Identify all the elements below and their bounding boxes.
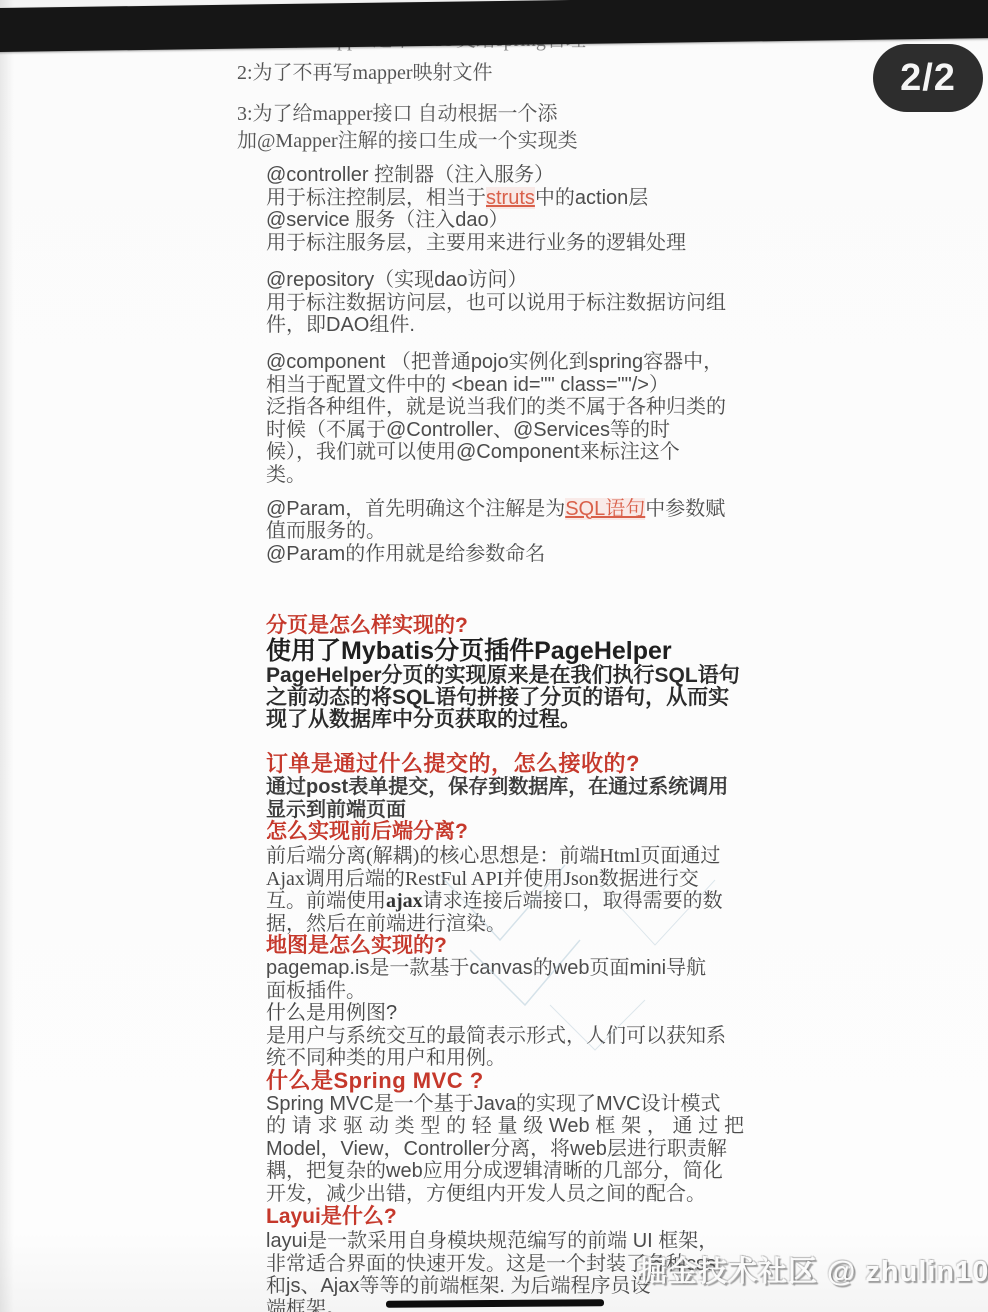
annotation-line: @component （把普通pojo实例化到spring容器中， [266, 351, 744, 374]
line-text: 中的action层 [535, 187, 648, 209]
order-section: 订单是通过什么提交的，怎么接收的? 通过post表单提交，保存到数据库，在通过系… [266, 753, 744, 821]
struts-link[interactable]: struts [486, 187, 535, 209]
annotation-line: 时候（不属于@Controller、@Services等的时 [266, 419, 744, 442]
annotation-line: @Param的作用就是给参数命名 [266, 543, 744, 566]
annotation-line: 候），我们就可以使用@Component来标注这个 [266, 441, 744, 464]
question-heading-separation: 怎么实现前后端分离? [266, 821, 744, 843]
annotation-line: 用于标注服务层，主要用来进行业务的逻辑处理 [266, 232, 744, 255]
note-line: 3:为了给mapper接口 自动根据一个添 [237, 101, 744, 128]
answer-line: PageHelper分页的实现原来是在我们执行SQL语句 [266, 665, 744, 687]
answer-line: Spring MVC是一个基于Java的实现了MVC设计模式 [266, 1093, 744, 1116]
annotation-line: @Param，首先明确这个注解是为SQL语句中参数赋 [266, 498, 744, 521]
annotation-line: 用于标注数据访问层，也可以说用于标注数据访问组 [266, 292, 744, 315]
pagination-section: 分页是怎么样实现的? 使用了Mybatis分页插件PageHelper Page… [266, 615, 744, 731]
page-indicator-badge: 2/2 [873, 44, 983, 112]
answer-line: 显示到前端页面 [266, 799, 744, 822]
question-heading-springmvc: 什么是Spring MVC ? [266, 1070, 744, 1092]
note-line: 加@Mapper注解的接口生成一个实现类 [237, 128, 744, 155]
question-heading-layui: Layui是什么? [266, 1206, 744, 1228]
answer-line: 面板插件。 [266, 980, 744, 1003]
annotation-line: @controller 控制器（注入服务） [266, 164, 744, 187]
answer-lead-line: 使用了Mybatis分页插件PageHelper [266, 637, 744, 665]
community-watermark: 掘金技术社区 @ zhulin1028 [638, 1249, 988, 1290]
answer-line: pagemap.is是一款基于canvas的web页面mini导航 [266, 957, 744, 980]
repository-annotation-block: @repository（实现dao访问） 用于标注数据访问层，也可以说用于标注数… [266, 269, 744, 337]
answer-line: 通过post表单提交，保存到数据库，在通过系统调用 [266, 776, 744, 799]
annotation-line: 用于标注控制层，相当于struts中的action层 [266, 187, 744, 210]
component-annotation-block: @component （把普通pojo实例化到spring容器中， 相当于配置文… [266, 351, 744, 486]
answer-line: 统不同种类的用户和用例。 [266, 1047, 744, 1070]
answer-line: 现了从数据库中分页获取的过程。 [266, 709, 744, 731]
answer-line: 据，然后在前端进行渲染。 [266, 913, 744, 936]
springmvc-section: 什么是Spring MVC ? Spring MVC是一个基于Java的实现了M… [266, 1070, 744, 1206]
line-text: 请求连接后端接口，取得需要的数 [423, 890, 723, 912]
document-text-column: 1:为了把mapper这个DAO交给spring管理 2:为了不再写mapper… [266, 27, 744, 1312]
line-text: 中参数赋 [645, 498, 725, 520]
answer-line: 开发，减少出错，方便组内开发人员之间的配合。 [266, 1183, 744, 1206]
answer-line: Model，View，Controller分离，将web层进行职责解 [266, 1138, 744, 1161]
answer-line: 是用户与系统交互的最简表示形式，人们可以获知系 [266, 1025, 744, 1048]
annotation-line: 类。 [266, 464, 744, 487]
annotation-line: 件，即DAO组件. [266, 314, 744, 337]
answer-line: Ajax调用后端的RestFul API并使用Json数据进行交 [266, 868, 744, 891]
annotation-line: @service 服务（注入dao） [266, 209, 744, 232]
answer-line: 的请求驱动类型的轻量级Web框架，通过把 [266, 1115, 744, 1138]
param-annotation-block: @Param，首先明确这个注解是为SQL语句中参数赋 值而服务的。 @Param… [266, 498, 744, 566]
question-heading-pagination: 分页是怎么样实现的? [266, 615, 744, 637]
line-text-bold: ajax [386, 890, 423, 912]
question-heading-map: 地图是怎么实现的? [266, 935, 744, 957]
map-section: 地图是怎么实现的? pagemap.is是一款基于canvas的web页面min… [266, 935, 744, 1002]
line-text: 互。前端使用 [266, 890, 386, 912]
question-heading-usecase: 什么是用例图? [266, 1002, 744, 1025]
answer-line: 前后端分离(解耦)的核心思想是：前端Html页面通过 [266, 845, 744, 868]
document-page: 1:为了把mapper这个DAO交给spring管理 2:为了不再写mapper… [0, 0, 988, 1312]
note-line: 2:为了不再写mapper映射文件 [237, 60, 744, 87]
answer-line: 之前动态的将SQL语句拼接了分页的语句，从而实 [266, 687, 744, 709]
annotation-line: 相当于配置文件中的 <bean id="" class=""/>） [266, 374, 744, 397]
sql-link[interactable]: SQL语句 [565, 498, 645, 520]
annotation-line: @repository（实现dao访问） [266, 269, 744, 292]
usecase-section: 什么是用例图? 是用户与系统交互的最简表示形式，人们可以获知系 统不同种类的用户… [266, 1002, 744, 1070]
annotation-line: 泛指各种组件，就是说当我们的类不属于各种归类的 [266, 396, 744, 419]
controller-annotation-block: @controller 控制器（注入服务） 用于标注控制层，相当于struts中… [266, 164, 744, 254]
top-black-bar [0, 0, 988, 52]
separation-section: 怎么实现前后端分离? 前后端分离(解耦)的核心思想是：前端Html页面通过 Aj… [266, 821, 744, 935]
answer-line: 互。前端使用ajax请求连接后端接口，取得需要的数 [266, 890, 744, 913]
line-text: @Param，首先明确这个注解是为 [266, 498, 565, 520]
line-text: 用于标注控制层，相当于 [266, 187, 486, 209]
answer-line: 耦，把复杂的web应用分成逻辑清晰的几部分，简化 [266, 1160, 744, 1183]
annotation-line: 值而服务的。 [266, 520, 744, 543]
question-heading-order: 订单是通过什么提交的，怎么接收的? [266, 753, 744, 775]
